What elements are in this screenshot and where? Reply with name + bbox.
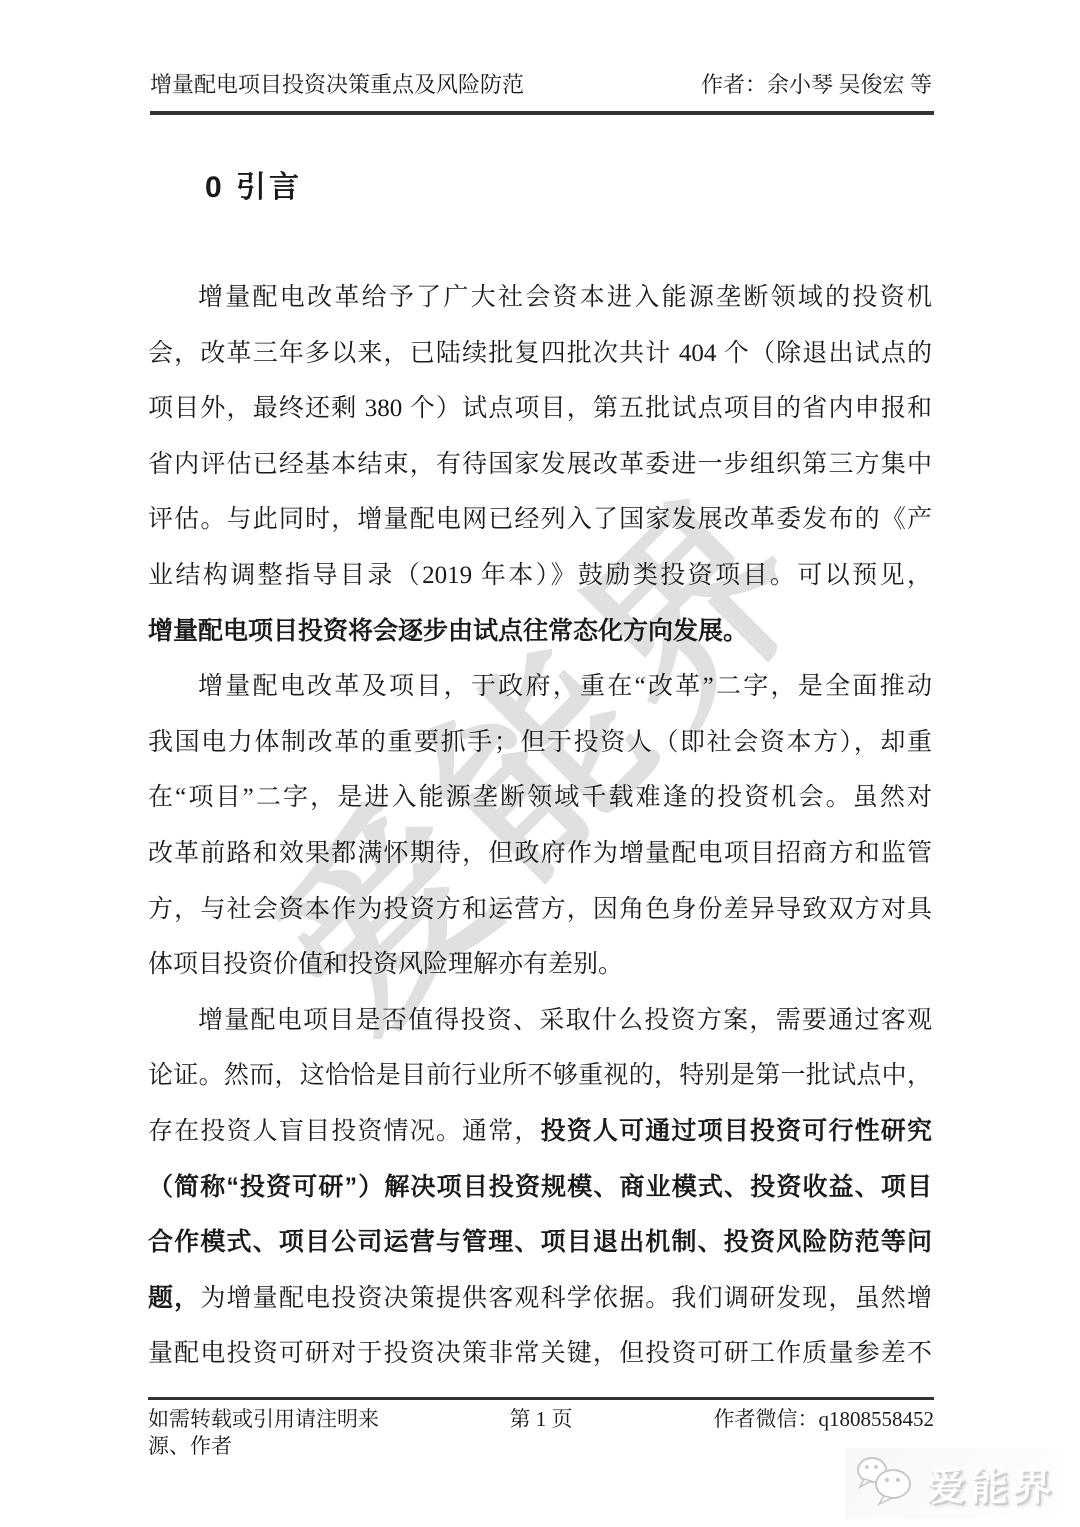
body-line: 体项目投资价值和投资风险理解亦有差别。 <box>148 937 932 993</box>
brand-name: 爱能界 <box>927 1456 1056 1511</box>
footer-rule <box>148 1397 934 1400</box>
bold-emphasis: 投资人可通过项目投资可行性研究 <box>541 1117 932 1145</box>
document-body: 增量配电改革给予了广大社会资本进入能源垄断领域的投资机 会，改革三年多以来，已陆… <box>148 270 932 1382</box>
bold-emphasis: 增量配电项目投资将会逐步由试点往常态化方向发展。 <box>148 617 748 645</box>
body-line: 评估。与此同时，增量配电网已经列入了国家发展改革委发布的《产 <box>148 492 932 548</box>
body-line: 存在投资人盲目投资情况。通常，投资人可通过项目投资可行性研究 <box>148 1104 932 1160</box>
body-line: 在“项目”二字，是进入能源垄断领域千载难逢的投资机会。虽然对 <box>148 770 932 826</box>
body-line: 增量配电改革及项目，于政府，重在“改革”二字，是全面推动 <box>148 659 932 715</box>
body-line: 项目外，最终还剩 380 个）试点项目，第五批试点项目的省内申报和 <box>148 381 932 437</box>
bold-emphasis: 题， <box>148 1284 200 1312</box>
body-line: 改革前路和效果都满怀期待，但政府作为增量配电项目招商方和监管 <box>148 826 932 882</box>
bold-emphasis: （简称“投资可研”）解决项目投资规模、商业模式、投资收益、项目 <box>148 1173 932 1201</box>
page-footer: 如需转载或引用请注明来源、作者 第 1 页 作者微信：q1808558452 <box>148 1406 934 1460</box>
brand-badge: 爱能界 <box>845 1448 1064 1519</box>
page-header: 增量配电项目投资决策重点及风险防范 作者：余小琴 吴俊宏 等 <box>150 72 932 98</box>
body-line: 会，改革三年多以来，已陆续批复四批次共计 404 个（除退出试点的 <box>148 326 932 382</box>
body-line: 增量配电项目是否值得投资、采取什么投资方案，需要通过客观 <box>148 993 932 1049</box>
body-line: 量配电投资可研对于投资决策非常关键，但投资可研工作质量参差不 <box>148 1326 932 1382</box>
header-author: 作者：余小琴 吴俊宏 等 <box>701 72 932 98</box>
body-line: 业结构调整指导目录（2019 年本）》鼓励类投资项目。可以预见， <box>148 548 932 604</box>
body-line: 省内评估已经基本结束，有待国家发展改革委进一步组织第三方集中 <box>148 437 932 493</box>
footer-page-number: 第 1 页 <box>410 1406 672 1460</box>
body-line: （简称“投资可研”）解决项目投资规模、商业模式、投资收益、项目 <box>148 1160 932 1216</box>
body-line: 题，为增量配电投资决策提供客观科学依据。我们调研发现，虽然增 <box>148 1271 932 1327</box>
header-title: 增量配电项目投资决策重点及风险防范 <box>150 72 524 98</box>
body-line: 论证。然而，这恰恰是目前行业所不够重视的，特别是第一批试点中， <box>148 1048 932 1104</box>
body-line: 增量配电项目投资将会逐步由试点往常态化方向发展。 <box>148 604 932 660</box>
body-line: 增量配电改革给予了广大社会资本进入能源垄断领域的投资机 <box>148 270 932 326</box>
footer-copyright-note: 如需转载或引用请注明来源、作者 <box>148 1406 410 1460</box>
section-heading: 0 引言 <box>205 168 302 208</box>
header-rule <box>150 111 934 115</box>
regular-text: 存在投资人盲目投资情况。通常， <box>148 1118 541 1145</box>
body-line: 合作模式、项目公司运营与管理、项目退出机制、投资风险防范等问 <box>148 1215 932 1271</box>
body-line: 我国电力体制改革的重要抓手；但于投资人（即社会资本方），却重 <box>148 715 932 771</box>
bold-emphasis: 合作模式、项目公司运营与管理、项目退出机制、投资风险防范等问 <box>148 1228 932 1256</box>
body-line: 方，与社会资本作为投资方和运营方，因角色身份差异导致双方对具 <box>148 882 932 938</box>
wechat-bubbles-icon <box>853 1454 917 1513</box>
regular-text: 为增量配电投资决策提供客观科学依据。我们调研发现，虽然增 <box>200 1285 932 1312</box>
